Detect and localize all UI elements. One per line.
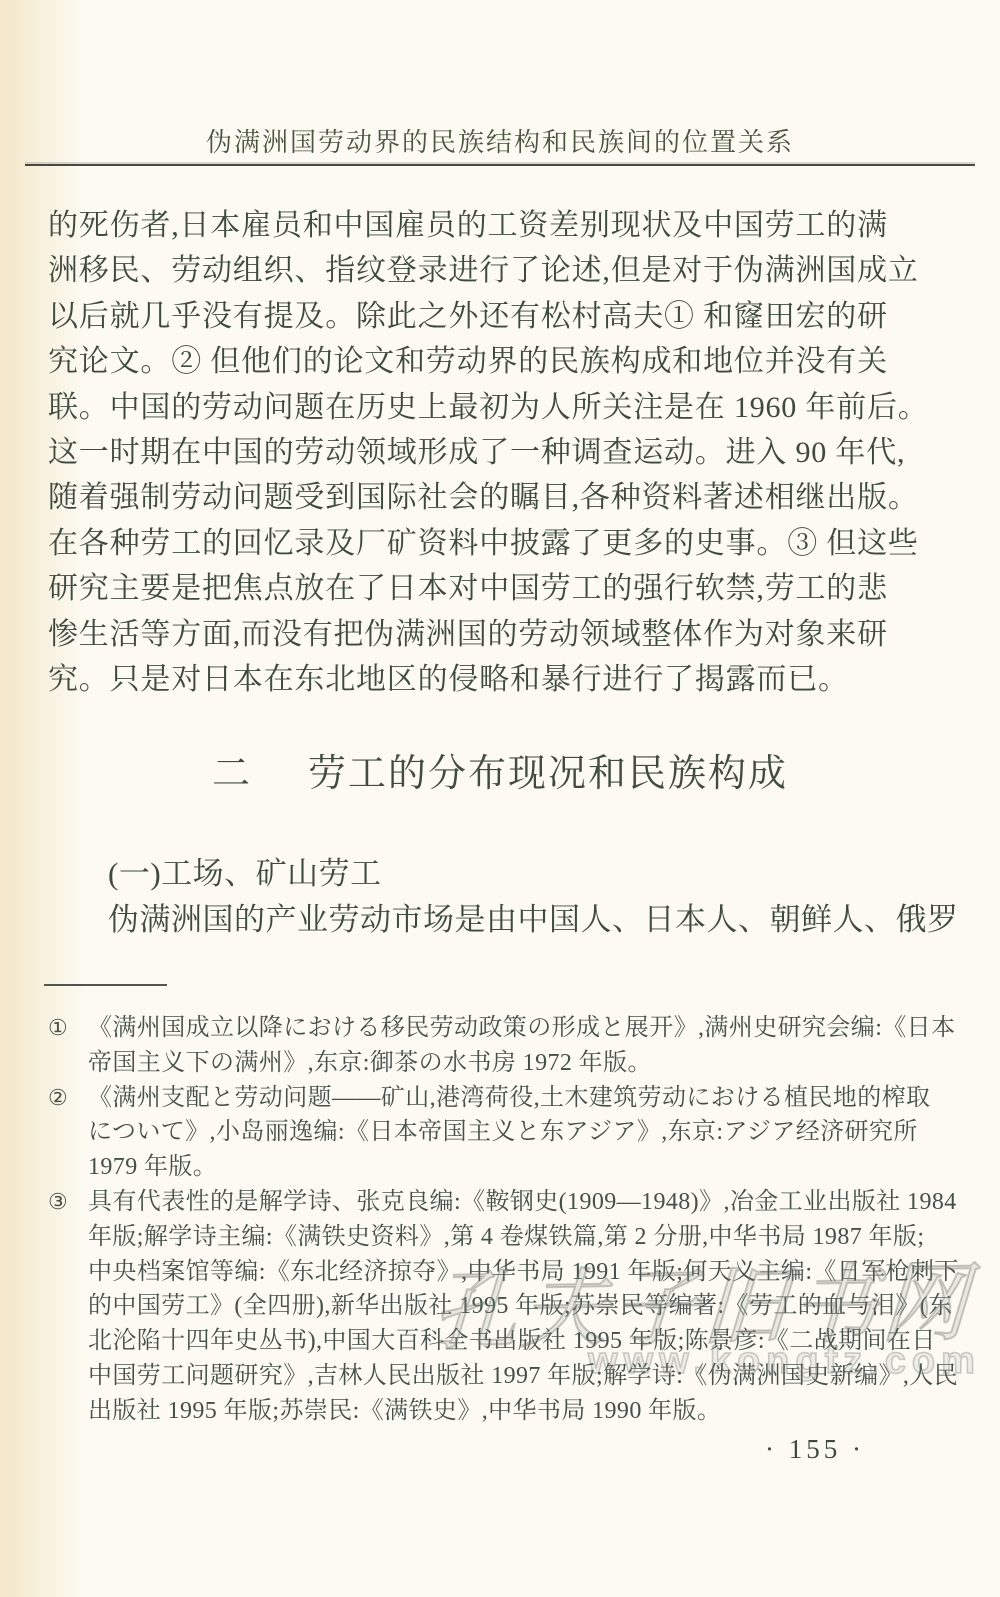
footnote-1: ① 《满州国成立以降における移民劳动政策の形成と展开》,满州史研究会编:《日本 … <box>48 1011 910 1081</box>
subsection-heading: (一)工场、矿山劳工 <box>108 848 968 893</box>
footnote-3-text: 具有代表性的是解学诗、张克良编:《鞍钢史(1909—1948)》,冶金工业出版社… <box>88 1185 959 1429</box>
body-line: 以后就几乎没有提及。除此之外还有松村高夫① 和窿田宏的研 <box>48 294 910 339</box>
footnote-line: 1979 年版。 <box>88 1150 930 1185</box>
body-line: 洲移民、劳动组织、指纹登录进行了论述,但是对于伪满洲国成立 <box>48 248 910 293</box>
body-paragraph: 的死伤者,日本雇员和中国雇员的工资差别现状及中国劳工的满 洲移民、劳动组织、指纹… <box>48 203 910 702</box>
body-line: 惨生活等方面,而没有把伪满洲国的劳动领域整体作为对象来研 <box>48 612 910 657</box>
footnote-line: 帝国主义下の满州》,东京:御茶の水书房 1972 年版。 <box>88 1046 955 1081</box>
footnote-line: 北沦陷十四年史丛书),中国大百科全书出版社 1995 年版;陈景彦:《二战期间在… <box>88 1324 959 1359</box>
footnote-line: 《满州支配と劳动问题——矿山,港湾荷役,土木建筑劳动における植民地的榨取 <box>88 1081 930 1116</box>
body-line: 究。只是对日本在东北地区的侵略和暴行进行了揭露而已。 <box>48 657 910 702</box>
footnote-2-marker: ② <box>48 1081 88 1116</box>
body-line: 这一时期在中国的劳动领域形成了一种调查运动。进入 90 年代, <box>48 430 910 475</box>
running-header-title: 伪满洲国劳动界的民族结构和民族间的位置关系 <box>0 122 1000 159</box>
footnote-line: 《满州国成立以降における移民劳动政策の形成と展开》,满州史研究会编:《日本 <box>88 1011 955 1046</box>
footnote-line: 年版;解学诗主编:《满铁史资料》,第 4 卷煤铁篇,第 2 分册,中华书局 19… <box>88 1220 959 1255</box>
body-line: 随着强制劳动问题受到国际社会的瞩目,各种资料著述相继出版。 <box>48 475 910 520</box>
footnote-separator-line <box>44 984 167 986</box>
footnote-1-marker: ① <box>48 1011 88 1046</box>
footnote-line: 中国劳工问题研究》,吉林人民出版社 1997 年版;解学诗:《伪满洲国史新编》,… <box>88 1359 959 1394</box>
scanned-book-page: 伪满洲国劳动界的民族结构和民族间的位置关系 的死伤者,日本雇员和中国雇员的工资差… <box>0 0 1000 1597</box>
body-line: 联。中国的劳动问题在历史上最初为人所关注是在 1960 年前后。 <box>48 385 910 430</box>
header-rule-line <box>25 164 975 166</box>
body-line: 在各种劳工的回忆录及厂矿资料中披露了更多的史事。③ 但这些 <box>48 521 910 566</box>
footnote-line: 的中国劳工》(全四册),新华出版社 1995 年版;苏崇民等编著:《劳工的血与泪… <box>88 1289 959 1324</box>
body-line: 究论文。② 但他们的论文和劳动界的民族构成和地位并没有关 <box>48 339 910 384</box>
section-number: 二 <box>212 742 252 797</box>
footnote-1-text: 《满州国成立以降における移民劳动政策の形成と展开》,满州史研究会编:《日本 帝国… <box>88 1011 955 1081</box>
body-line: 的死伤者,日本雇员和中国雇员的工资差别现状及中国劳工的满 <box>48 203 910 248</box>
footnote-line: 中央档案馆等编:《东北经济掠夺》,中华书局 1991 年版;何天义主编:《日军枪… <box>88 1255 959 1290</box>
footnote-line: 具有代表性的是解学诗、张克良编:《鞍钢史(1909—1948)》,冶金工业出版社… <box>88 1185 959 1220</box>
footnote-line: 出版社 1995 年版;苏崇民:《满铁史》,中华书局 1990 年版。 <box>88 1394 959 1429</box>
subsection-first-line: 伪满洲国的产业劳动市场是由中国人、日本人、朝鲜人、俄罗 <box>108 894 968 939</box>
footnote-3: ③ 具有代表性的是解学诗、张克良编:《鞍钢史(1909—1948)》,冶金工业出… <box>48 1185 910 1429</box>
body-line: 研究主要是把焦点放在了日本对中国劳工的强行软禁,劳工的悲 <box>48 566 910 611</box>
section-heading: 二 劳工的分布现况和民族构成 <box>0 742 1000 797</box>
footnote-line: について》,小岛丽逸编:《日本帝国主义と东アジア》,东京:アジア经济研究所 <box>88 1115 930 1150</box>
footnotes-block: ① 《满州国成立以降における移民劳动政策の形成と展开》,满州史研究会编:《日本 … <box>48 1011 910 1429</box>
footnote-3-marker: ③ <box>48 1185 88 1220</box>
footnote-2: ② 《满州支配と劳动问题——矿山,港湾荷役,土木建筑劳动における植民地的榨取 に… <box>48 1081 910 1185</box>
section-title: 劳工的分布现况和民族构成 <box>308 742 788 797</box>
page-number: · 155 · <box>745 1434 885 1465</box>
footnote-2-text: 《满州支配と劳动问题——矿山,港湾荷役,土木建筑劳动における植民地的榨取 につい… <box>88 1081 930 1185</box>
